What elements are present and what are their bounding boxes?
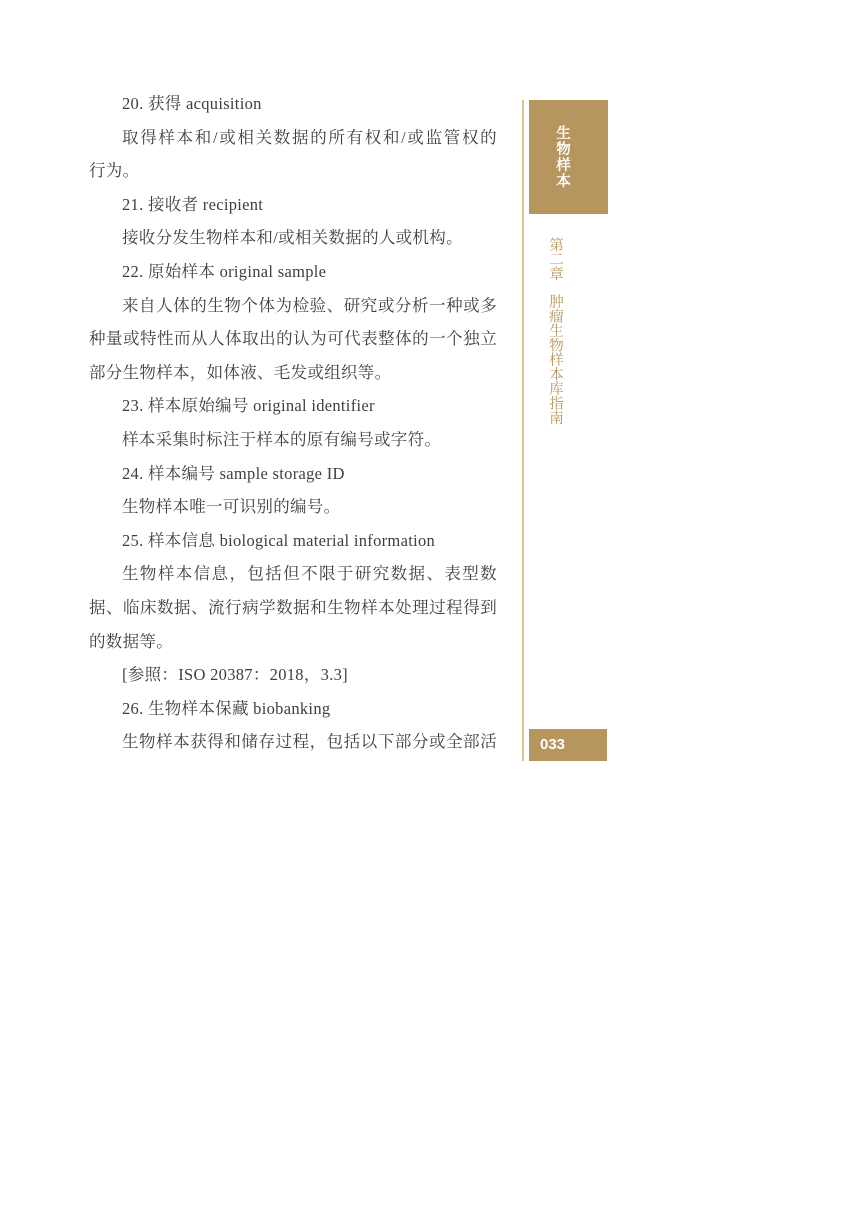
term-heading-20: 20. 获得 acquisition bbox=[89, 87, 497, 121]
chapter-title-label: 肿瘤生物样本库指南 bbox=[547, 294, 563, 425]
body-text-line: 种量或特性而从人体取出的认为可代表整体的一个独立 bbox=[89, 322, 497, 356]
book-page: 20. 获得 acquisition 取得样本和/或相关数据的所有权和/或监管权… bbox=[0, 0, 867, 1218]
body-text-line: 取得样本和/或相关数据的所有权和/或监管权的 bbox=[89, 121, 497, 155]
body-text-line: 的数据等。 bbox=[89, 625, 497, 659]
term-heading-25: 25. 样本信息 biological material information bbox=[89, 524, 497, 558]
body-text-line: 部分生物样本，如体液、毛发或组织等。 bbox=[89, 356, 497, 390]
body-text-line: 生物样本获得和储存过程，包括以下部分或全部活 bbox=[89, 725, 497, 759]
body-text-line: 行为。 bbox=[89, 154, 497, 188]
term-heading-22: 22. 原始样本 original sample bbox=[89, 255, 497, 289]
sidebar-section-tab: 生物样本 bbox=[529, 100, 608, 214]
body-text-line: 据、临床数据、流行病学数据和生物样本处理过程得到 bbox=[89, 591, 497, 625]
chapter-number-label: 第二章 bbox=[547, 237, 563, 281]
glossary-text-column: 20. 获得 acquisition 取得样本和/或相关数据的所有权和/或监管权… bbox=[89, 87, 497, 759]
body-text-line: 来自人体的生物个体为检验、研究或分析一种或多 bbox=[89, 289, 497, 323]
term-heading-24: 24. 样本编号 sample storage ID bbox=[89, 457, 497, 491]
body-text-line: 生物样本唯一可识别的编号。 bbox=[89, 490, 497, 524]
term-heading-21: 21. 接收者 recipient bbox=[89, 188, 497, 222]
body-text-line: 样本采集时标注于样本的原有编号或字符。 bbox=[89, 423, 497, 457]
page-number-badge: 033 bbox=[529, 729, 607, 761]
sidebar-divider-rule bbox=[522, 100, 524, 761]
section-tab-label: 生物样本 bbox=[552, 125, 573, 189]
body-text-line: 生物样本信息，包括但不限于研究数据、表型数 bbox=[89, 557, 497, 591]
term-heading-26: 26. 生物样本保藏 biobanking bbox=[89, 692, 497, 726]
sidebar-chapter-heading: 第二章肿瘤生物样本库指南 bbox=[547, 237, 562, 657]
body-text-line: 接收分发生物样本和/或相关数据的人或机构。 bbox=[89, 221, 497, 255]
term-heading-23: 23. 样本原始编号 original identifier bbox=[89, 389, 497, 423]
iso-reference: [参照：ISO 20387：2018，3.3] bbox=[89, 658, 497, 692]
